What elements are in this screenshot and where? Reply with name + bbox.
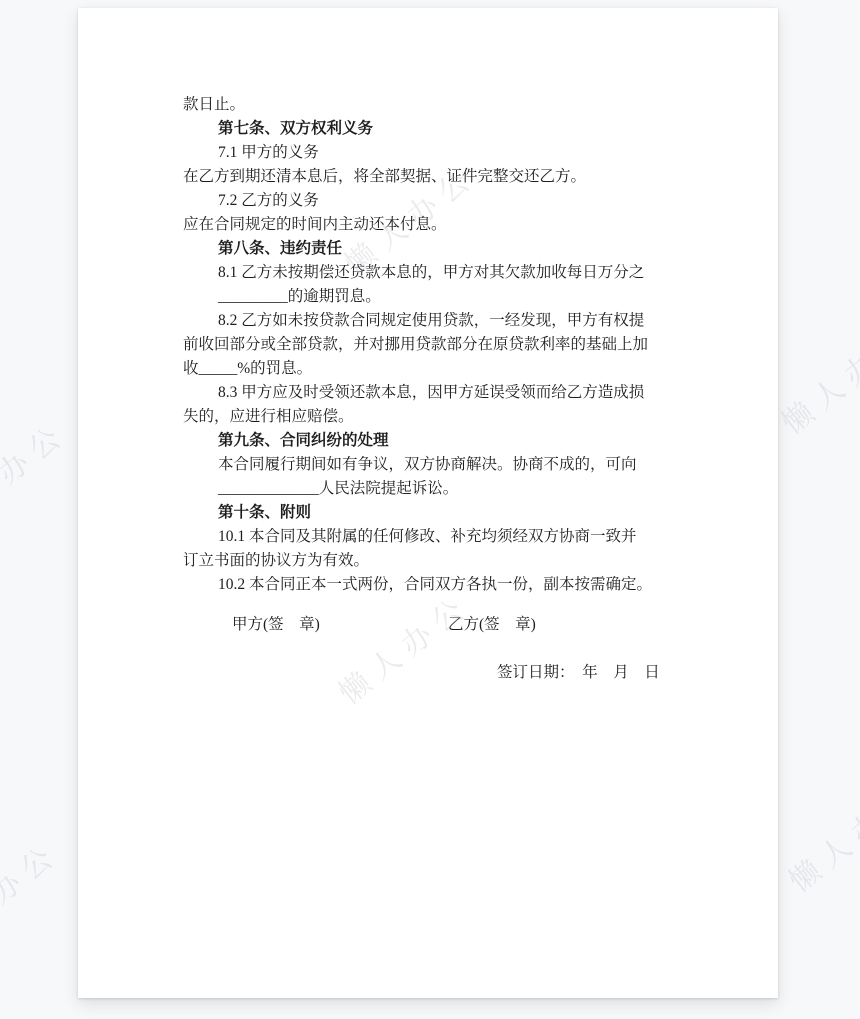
party-a-signature-label: 甲方(签 章) [232, 613, 320, 637]
section-heading: 第七条、双方权利义务 [183, 117, 675, 141]
contract-line: 订立书面的协议方为有效。 [183, 549, 675, 573]
section-heading: 第十条、附则 [183, 501, 675, 525]
contract-line: 款日止。 [183, 93, 675, 117]
contract-line: 前收回部分或全部贷款，并对挪用贷款部分在原贷款利率的基础上加 [183, 333, 675, 357]
contract-line: 本合同履行期间如有争议，双方协商解决。协商不成的，可向 [183, 453, 675, 477]
contract-body: 款日止。 第七条、双方权利义务 7.1 甲方的义务 在乙方到期还清本息后，将全部… [183, 93, 675, 685]
section-heading: 第九条、合同纠纷的处理 [183, 429, 675, 453]
watermark: 懒人办公 [771, 312, 860, 443]
party-b-signature-label: 乙方(签 章) [448, 613, 536, 637]
watermark: 懒人办公 [0, 830, 67, 961]
contract-line: 7.1 甲方的义务 [183, 141, 675, 165]
signature-row: 甲方(签 章) 乙方(签 章) [183, 613, 675, 637]
contract-line: 8.1 乙方未按期偿还贷款本息的，甲方对其欠款加收每日万分之 [183, 261, 675, 285]
contract-line-blank: _________的逾期罚息。 [183, 285, 675, 309]
contract-line: 10.1 本合同及其附属的任何修改、补充均须经双方协商一致并 [183, 525, 675, 549]
contract-line: 7.2 乙方的义务 [183, 189, 675, 213]
signing-date-row: 签订日期： 年 月 日 [183, 661, 675, 685]
contract-line: 8.2 乙方如未按贷款合同规定使用贷款，一经发现，甲方有权提 [183, 309, 675, 333]
watermark: 懒人办公 [0, 410, 75, 541]
signing-date-label: 签订日期： 年 月 日 [497, 661, 660, 685]
contract-line: 8.3 甲方应及时受领还款本息，因甲方延误受领而给乙方造成损 [183, 381, 675, 405]
contract-line: 10.2 本合同正本一式两份，合同双方各执一份，副本按需确定。 [183, 573, 675, 597]
page-background: 款日止。 第七条、双方权利义务 7.1 甲方的义务 在乙方到期还清本息后，将全部… [0, 0, 860, 1019]
section-heading: 第八条、违约责任 [183, 237, 675, 261]
contract-line: 失的，应进行相应赔偿。 [183, 405, 675, 429]
contract-line: 在乙方到期还清本息后，将全部契据、证件完整交还乙方。 [183, 165, 675, 189]
watermark: 懒人办公 [778, 770, 860, 901]
document-page: 款日止。 第七条、双方权利义务 7.1 甲方的义务 在乙方到期还清本息后，将全部… [78, 8, 778, 998]
contract-line-blank: _____________人民法院提起诉讼。 [183, 477, 675, 501]
contract-line-blank: 收_____%的罚息。 [183, 357, 675, 381]
contract-line: 应在合同规定的时间内主动还本付息。 [183, 213, 675, 237]
